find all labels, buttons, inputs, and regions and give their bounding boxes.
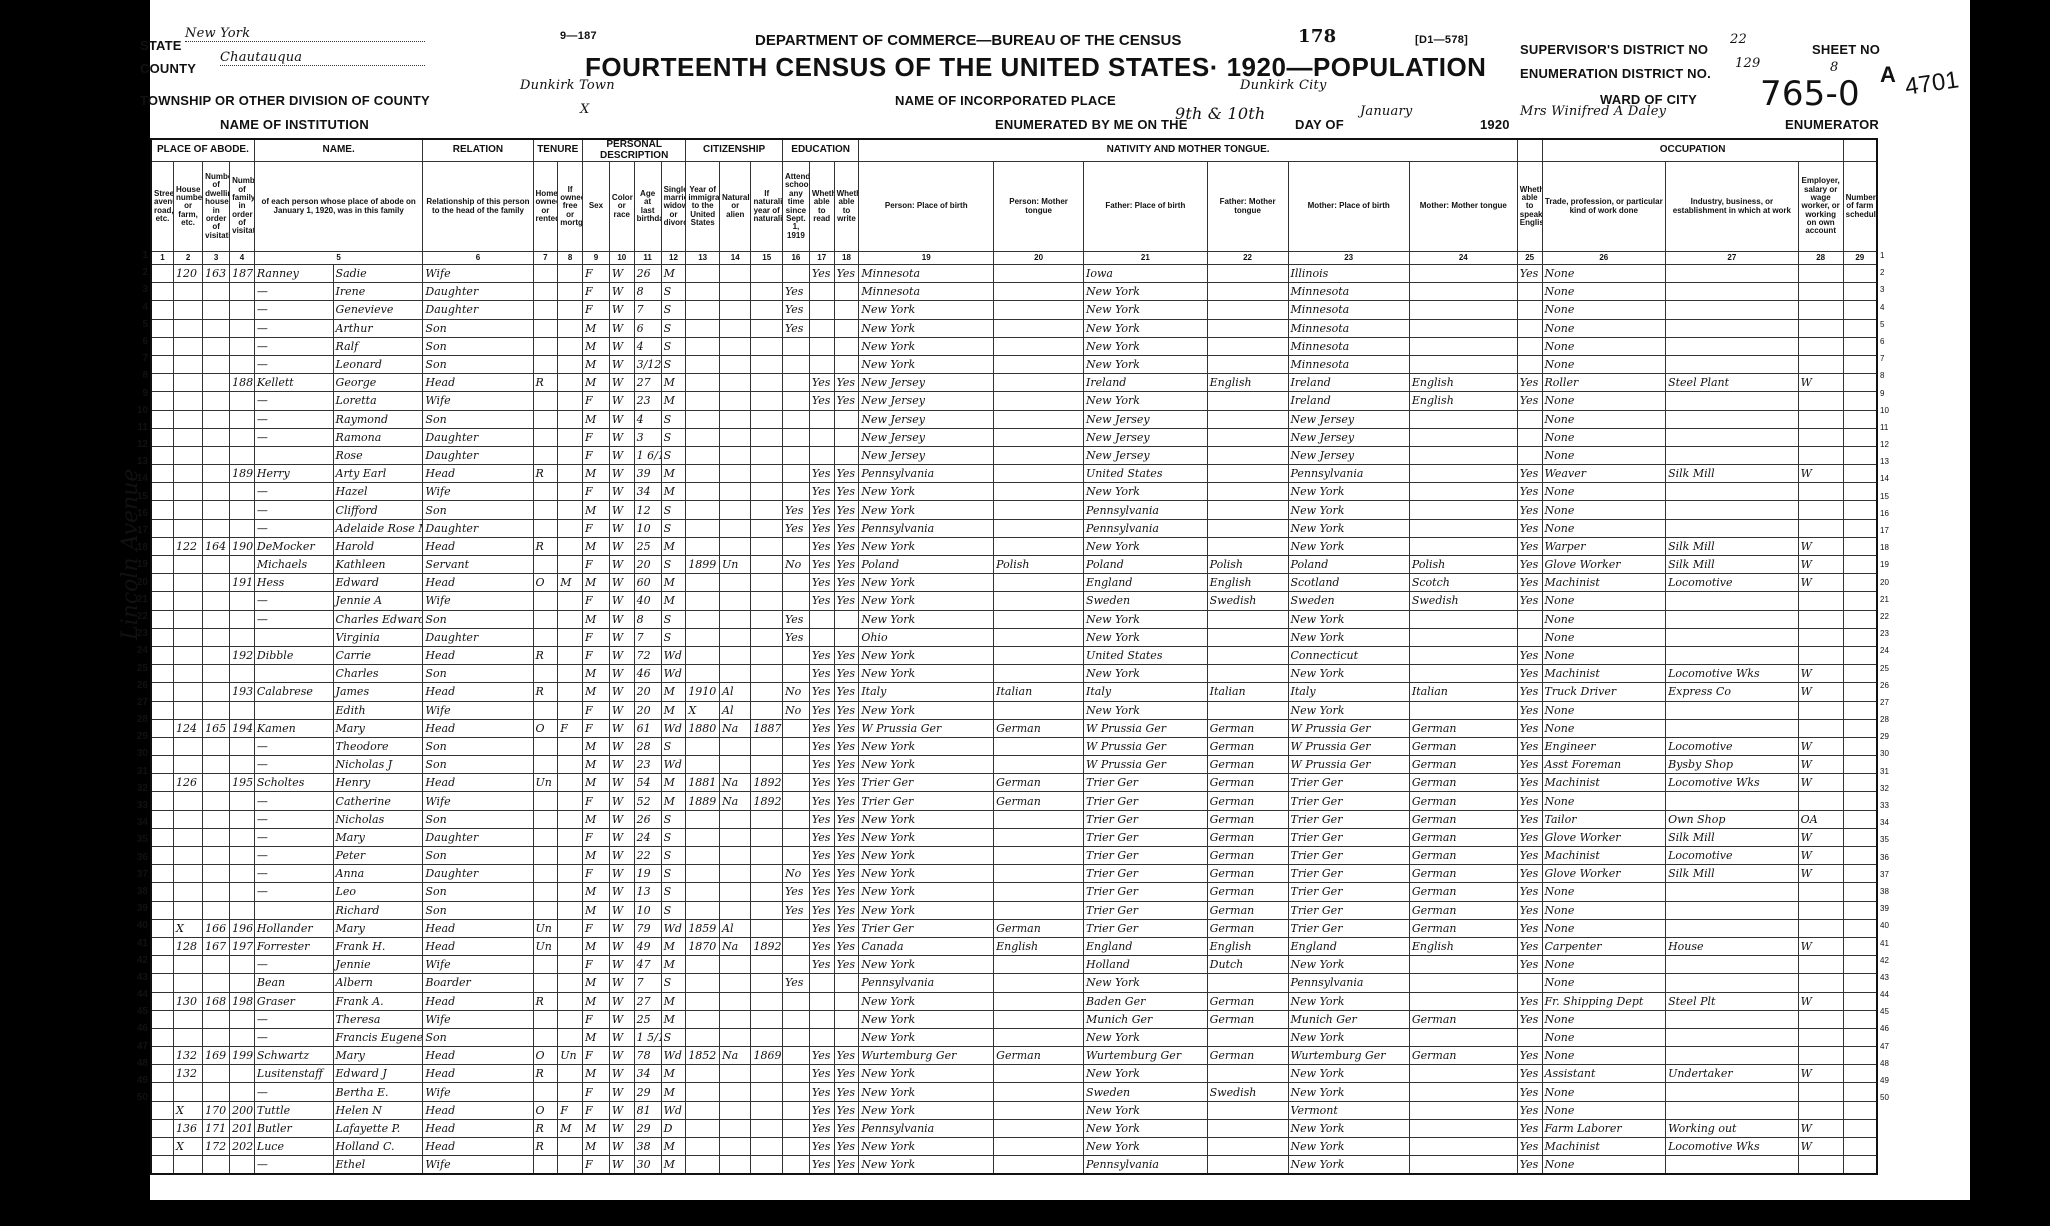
line-number: 16: [118, 505, 148, 522]
cell-ptongue: [994, 974, 1084, 992]
cell-school: Yes: [782, 301, 809, 319]
cell-read: Yes: [809, 810, 834, 828]
line-number: 39: [118, 900, 148, 917]
cell-imm: 1880: [686, 719, 720, 737]
cell-pob: New York: [859, 537, 994, 555]
cell-sex: F: [582, 446, 609, 464]
cell-relation: Wife: [423, 1010, 533, 1028]
line-number: 15: [118, 488, 148, 505]
cell-mort: [558, 556, 583, 574]
cell-nat: [720, 355, 751, 373]
cell-age: 29: [634, 1119, 661, 1137]
cell-nat: [720, 537, 751, 555]
cell-given: Edward J: [333, 1065, 423, 1083]
cell-natyr: [751, 501, 782, 519]
cell-race: W: [609, 810, 634, 828]
cell-surname: Schwartz: [254, 1047, 333, 1065]
cell-ind: [1666, 1047, 1799, 1065]
line-number: 32: [1880, 780, 1900, 797]
line-number: 35: [118, 831, 148, 848]
cell-mpob: W Prussia Ger: [1288, 719, 1409, 737]
cell-pob: New York: [859, 574, 994, 592]
cell-pob: New York: [859, 1101, 994, 1119]
cell-school: [782, 665, 809, 683]
cell-natyr: [751, 992, 782, 1010]
cell-given: Mary: [333, 919, 423, 937]
cell-eng: Yes: [1517, 774, 1542, 792]
cell-ind: [1666, 301, 1799, 319]
cell-read: [809, 319, 834, 337]
cell-surname: Ranney: [254, 265, 333, 283]
cell-write: [834, 428, 859, 446]
cell-given: Adelaide Rose May: [333, 519, 423, 537]
cell-mort: [558, 1083, 583, 1101]
cell-relation: Son: [423, 883, 533, 901]
cell-farm: [1843, 1119, 1877, 1137]
cell-imm: [686, 374, 720, 392]
cell-relation: Head: [423, 719, 533, 737]
cell-race: W: [609, 847, 634, 865]
cell-natyr: [751, 410, 782, 428]
col-num-28: 28: [1798, 252, 1843, 265]
cell-nat: [720, 501, 751, 519]
cell-family: [230, 301, 255, 319]
cell-mtongue: [1409, 410, 1517, 428]
cell-eng: Yes: [1517, 719, 1542, 737]
cell-eng: Yes: [1517, 1065, 1542, 1083]
cell-imm: [686, 537, 720, 555]
cell-eng: Yes: [1517, 792, 1542, 810]
cell-farm: [1843, 919, 1877, 937]
cell-marital: S: [661, 847, 686, 865]
cell-family: [230, 1010, 255, 1028]
cell-mpob: Minnesota: [1288, 355, 1409, 373]
cell-eng: Yes: [1517, 392, 1542, 410]
cell-nat: [720, 992, 751, 1010]
cell-race: W: [609, 774, 634, 792]
cell-occ: None: [1542, 792, 1666, 810]
cell-mpob: Munich Ger: [1288, 1010, 1409, 1028]
col-header-22: Father: Mother tongue: [1207, 162, 1288, 252]
cell-marital: S: [661, 628, 686, 646]
cell-emp: OA: [1798, 810, 1843, 828]
cell-nat: Al: [720, 919, 751, 937]
cell-farm: [1843, 556, 1877, 574]
cell-natyr: [751, 1119, 782, 1137]
cell-emp: W: [1798, 683, 1843, 701]
cell-marital: M: [661, 937, 686, 955]
table-row: RichardSonMW10SYesYesYesNew YorkTrier Ge…: [151, 901, 1877, 919]
cell-given: Nicholas J: [333, 756, 423, 774]
cell-tenure: [533, 665, 558, 683]
cell-marital: M: [661, 774, 686, 792]
ed-value: 129: [1735, 56, 1760, 71]
cell-pob: Minnesota: [859, 265, 994, 283]
cell-mtongue: [1409, 1119, 1517, 1137]
cell-emp: [1798, 719, 1843, 737]
cell-house: [173, 1028, 202, 1046]
line-number: 48: [118, 1055, 148, 1072]
line-number: 16: [1880, 505, 1900, 522]
cell-natyr: [751, 1156, 782, 1175]
cell-tenure: [533, 1083, 558, 1101]
cell-given: Harold: [333, 537, 423, 555]
line-number: 3: [1880, 281, 1900, 298]
cell-age: 24: [634, 828, 661, 846]
col-num-14: 14: [720, 252, 751, 265]
cell-natyr: [751, 901, 782, 919]
cell-given: Frank A.: [333, 992, 423, 1010]
cell-ind: Locomotive Wks: [1666, 1138, 1799, 1156]
line-number: 21: [118, 591, 148, 608]
cell-ftongue: Italian: [1207, 683, 1288, 701]
cell-ptongue: [994, 865, 1084, 883]
line-number: 23: [118, 625, 148, 642]
cell-imm: [686, 519, 720, 537]
cell-emp: [1798, 1047, 1843, 1065]
cell-marital: S: [661, 737, 686, 755]
cell-mtongue: English: [1409, 937, 1517, 955]
line-number: 17: [118, 522, 148, 539]
cell-school: [782, 1101, 809, 1119]
line-number: 36: [1880, 849, 1900, 866]
cell-race: W: [609, 337, 634, 355]
cell-occ: None: [1542, 301, 1666, 319]
cell-mtongue: [1409, 428, 1517, 446]
cell-ptongue: [994, 646, 1084, 664]
cell-surname: Dibble: [254, 646, 333, 664]
cell-ptongue: [994, 756, 1084, 774]
cell-emp: [1798, 501, 1843, 519]
cell-race: W: [609, 265, 634, 283]
cell-sex: M: [582, 465, 609, 483]
cell-mpob: New York: [1288, 1028, 1409, 1046]
cell-read: Yes: [809, 683, 834, 701]
cell-dwelling: [203, 337, 230, 355]
col-num-19: 19: [859, 252, 994, 265]
cell-eng: [1517, 1028, 1542, 1046]
cell-ind: Silk Mill: [1666, 537, 1799, 555]
group-place-of-abode: PLACE OF ABODE.: [151, 139, 254, 162]
line-number: 33: [118, 797, 148, 814]
cell-eng: Yes: [1517, 1047, 1542, 1065]
line-number: 44: [1880, 986, 1900, 1003]
cell-fpob: Wurtemburg Ger: [1084, 1047, 1208, 1065]
cell-read: [809, 974, 834, 992]
cell-ftongue: [1207, 519, 1288, 537]
cell-street: [151, 1028, 173, 1046]
cell-occ: None: [1542, 355, 1666, 373]
line-number: 7: [1880, 350, 1900, 367]
cell-mort: [558, 701, 583, 719]
cell-fpob: Sweden: [1084, 1083, 1208, 1101]
cell-write: Yes: [834, 919, 859, 937]
cell-ftongue: German: [1207, 756, 1288, 774]
cell-age: 7: [634, 301, 661, 319]
cell-tenure: R: [533, 374, 558, 392]
cell-race: W: [609, 483, 634, 501]
cell-street: [151, 719, 173, 737]
cell-farm: [1843, 1101, 1877, 1119]
cell-nat: [720, 446, 751, 464]
cell-imm: 1859: [686, 919, 720, 937]
cell-sex: M: [582, 992, 609, 1010]
cell-mpob: Minnesota: [1288, 301, 1409, 319]
cell-occ: Machinist: [1542, 1138, 1666, 1156]
cell-house: [173, 355, 202, 373]
table-row: X172202LuceHolland C.HeadRMW38MYesYesNew…: [151, 1138, 1877, 1156]
cell-imm: [686, 392, 720, 410]
cell-pob: New York: [859, 337, 994, 355]
cell-given: Francis Eugene: [333, 1028, 423, 1046]
cell-farm: [1843, 901, 1877, 919]
cell-natyr: [751, 519, 782, 537]
line-number: 38: [118, 883, 148, 900]
cell-ptongue: German: [994, 1047, 1084, 1065]
cell-surname: Tuttle: [254, 1101, 333, 1119]
cell-family: 201: [230, 1119, 255, 1137]
cell-natyr: [751, 428, 782, 446]
cell-dwelling: 164: [203, 537, 230, 555]
cell-farm: [1843, 265, 1877, 283]
cell-mtongue: [1409, 537, 1517, 555]
cell-age: 79: [634, 919, 661, 937]
cell-farm: [1843, 956, 1877, 974]
cell-eng: Yes: [1517, 919, 1542, 937]
cell-mort: Un: [558, 1047, 583, 1065]
cell-natyr: [751, 810, 782, 828]
cell-ptongue: [994, 737, 1084, 755]
cell-imm: [686, 1065, 720, 1083]
cell-surname: —: [254, 319, 333, 337]
cell-read: Yes: [809, 701, 834, 719]
cell-ftongue: German: [1207, 865, 1288, 883]
cell-age: 54: [634, 774, 661, 792]
month-value: January: [1360, 104, 1412, 119]
cell-school: [782, 428, 809, 446]
cell-emp: [1798, 1156, 1843, 1175]
cell-sex: F: [582, 865, 609, 883]
cell-school: No: [782, 865, 809, 883]
cell-dwelling: [203, 556, 230, 574]
cell-ptongue: [994, 283, 1084, 301]
cell-occ: None: [1542, 265, 1666, 283]
cell-relation: Servant: [423, 556, 533, 574]
cell-marital: M: [661, 483, 686, 501]
cell-family: [230, 883, 255, 901]
cell-eng: Yes: [1517, 992, 1542, 1010]
cell-emp: W: [1798, 665, 1843, 683]
cell-nat: [720, 392, 751, 410]
cell-nat: [720, 1010, 751, 1028]
line-number: 25: [118, 660, 148, 677]
cell-given: Charles: [333, 665, 423, 683]
cell-family: [230, 446, 255, 464]
cell-write: Yes: [834, 956, 859, 974]
cell-mort: [558, 628, 583, 646]
cell-mpob: Trier Ger: [1288, 901, 1409, 919]
cell-surname: Forrester: [254, 937, 333, 955]
cell-eng: [1517, 610, 1542, 628]
group-name: NAME.: [254, 139, 423, 162]
col-header-26: Trade, profession, or particular kind of…: [1542, 162, 1666, 252]
table-row: —TheresaWifeFW25MNew YorkMunich GerGerma…: [151, 1010, 1877, 1028]
cell-fpob: Pennsylvania: [1084, 519, 1208, 537]
cell-mpob: New York: [1288, 610, 1409, 628]
cell-relation: Son: [423, 319, 533, 337]
cell-relation: Head: [423, 537, 533, 555]
cell-surname: Michaels: [254, 556, 333, 574]
cell-family: [230, 355, 255, 373]
cell-pob: Pennsylvania: [859, 465, 994, 483]
line-number: 19: [118, 556, 148, 573]
cell-sex: F: [582, 956, 609, 974]
cell-mort: [558, 1010, 583, 1028]
cell-race: W: [609, 537, 634, 555]
cell-mpob: Pennsylvania: [1288, 465, 1409, 483]
cell-ftongue: [1207, 265, 1288, 283]
cell-family: [230, 410, 255, 428]
cell-family: [230, 519, 255, 537]
cell-imm: 1852: [686, 1047, 720, 1065]
cell-family: [230, 974, 255, 992]
cell-read: Yes: [809, 374, 834, 392]
cell-ind: Own Shop: [1666, 810, 1799, 828]
cell-sex: M: [582, 883, 609, 901]
cell-farm: [1843, 774, 1877, 792]
cell-marital: S: [661, 1028, 686, 1046]
cell-given: Lafayette P.: [333, 1119, 423, 1137]
cell-race: W: [609, 865, 634, 883]
cell-family: 196: [230, 919, 255, 937]
cell-given: Theodore: [333, 737, 423, 755]
cell-age: 1 5/12: [634, 1028, 661, 1046]
cell-read: [809, 337, 834, 355]
cell-nat: [720, 737, 751, 755]
cell-fpob: W Prussia Ger: [1084, 737, 1208, 755]
cell-occ: Glove Worker: [1542, 556, 1666, 574]
cell-age: 7: [634, 974, 661, 992]
line-number: 11: [1880, 419, 1900, 436]
cell-street: [151, 737, 173, 755]
cell-ptongue: [994, 1156, 1084, 1175]
cell-relation: Wife: [423, 592, 533, 610]
cell-ftongue: [1207, 410, 1288, 428]
cell-dwelling: [203, 283, 230, 301]
cell-street: [151, 483, 173, 501]
cell-ftongue: German: [1207, 719, 1288, 737]
cell-ind: Steel Plt: [1666, 992, 1799, 1010]
cell-age: 60: [634, 574, 661, 592]
cell-street: [151, 283, 173, 301]
cell-read: Yes: [809, 592, 834, 610]
cell-fpob: Ireland: [1084, 374, 1208, 392]
line-number: 44: [118, 986, 148, 1003]
cell-write: Yes: [834, 737, 859, 755]
cell-pob: New York: [859, 865, 994, 883]
cell-write: [834, 319, 859, 337]
cell-ptongue: [994, 592, 1084, 610]
cell-street: [151, 392, 173, 410]
cell-marital: M: [661, 956, 686, 974]
cell-ftongue: Dutch: [1207, 956, 1288, 974]
cell-street: [151, 428, 173, 446]
cell-ftongue: [1207, 1119, 1288, 1137]
cell-age: 49: [634, 937, 661, 955]
cell-age: 12: [634, 501, 661, 519]
cell-marital: Wd: [661, 919, 686, 937]
cell-pob: New York: [859, 883, 994, 901]
cell-ptongue: German: [994, 792, 1084, 810]
cell-occ: None: [1542, 701, 1666, 719]
cell-mort: [558, 865, 583, 883]
cell-marital: S: [661, 865, 686, 883]
census-table: PLACE OF ABODE. NAME. RELATION TENURE PE…: [150, 138, 1878, 1175]
cell-ind: [1666, 410, 1799, 428]
cell-marital: S: [661, 519, 686, 537]
cell-imm: [686, 646, 720, 664]
cell-fpob: New York: [1084, 665, 1208, 683]
cell-school: [782, 483, 809, 501]
cell-eng: Yes: [1517, 883, 1542, 901]
table-row: —ArthurSonMW6SYesNew YorkNew YorkMinneso…: [151, 319, 1877, 337]
cell-mort: [558, 847, 583, 865]
cell-mpob: Trier Ger: [1288, 919, 1409, 937]
cell-tenure: [533, 337, 558, 355]
cell-tenure: [533, 592, 558, 610]
cell-surname: —: [254, 501, 333, 519]
cell-mtongue: [1409, 519, 1517, 537]
cell-race: W: [609, 410, 634, 428]
cell-mtongue: German: [1409, 865, 1517, 883]
cell-tenure: [533, 737, 558, 755]
cell-read: [809, 410, 834, 428]
cell-occ: Machinist: [1542, 665, 1666, 683]
cell-fpob: New York: [1084, 701, 1208, 719]
cell-school: [782, 992, 809, 1010]
cell-eng: Yes: [1517, 1138, 1542, 1156]
cell-natyr: [751, 319, 782, 337]
cell-mpob: Trier Ger: [1288, 810, 1409, 828]
col-num-11: 11: [634, 252, 661, 265]
cell-mpob: Trier Ger: [1288, 883, 1409, 901]
cell-pob: Italy: [859, 683, 994, 701]
cell-school: [782, 1010, 809, 1028]
table-row: 130168198GraserFrank A.HeadRMW27MNew Yor…: [151, 992, 1877, 1010]
cell-sex: F: [582, 483, 609, 501]
cell-farm: [1843, 428, 1877, 446]
cell-tenure: Un: [533, 774, 558, 792]
cell-occ: None: [1542, 337, 1666, 355]
line-number: 40: [1880, 917, 1900, 934]
cell-emp: W: [1798, 574, 1843, 592]
cell-read: Yes: [809, 483, 834, 501]
cell-pob: New York: [859, 483, 994, 501]
cell-family: [230, 756, 255, 774]
cell-ftongue: [1207, 337, 1288, 355]
cell-eng: Yes: [1517, 1083, 1542, 1101]
cell-pob: Wurtemburg Ger: [859, 1047, 994, 1065]
cell-imm: [686, 355, 720, 373]
cell-read: Yes: [809, 756, 834, 774]
cell-relation: Head: [423, 1119, 533, 1137]
cell-sex: M: [582, 410, 609, 428]
cell-surname: —: [254, 337, 333, 355]
cell-given: Edward: [333, 574, 423, 592]
cell-pob: New York: [859, 756, 994, 774]
form-number: 9—187: [560, 30, 597, 42]
cell-ptongue: [994, 374, 1084, 392]
